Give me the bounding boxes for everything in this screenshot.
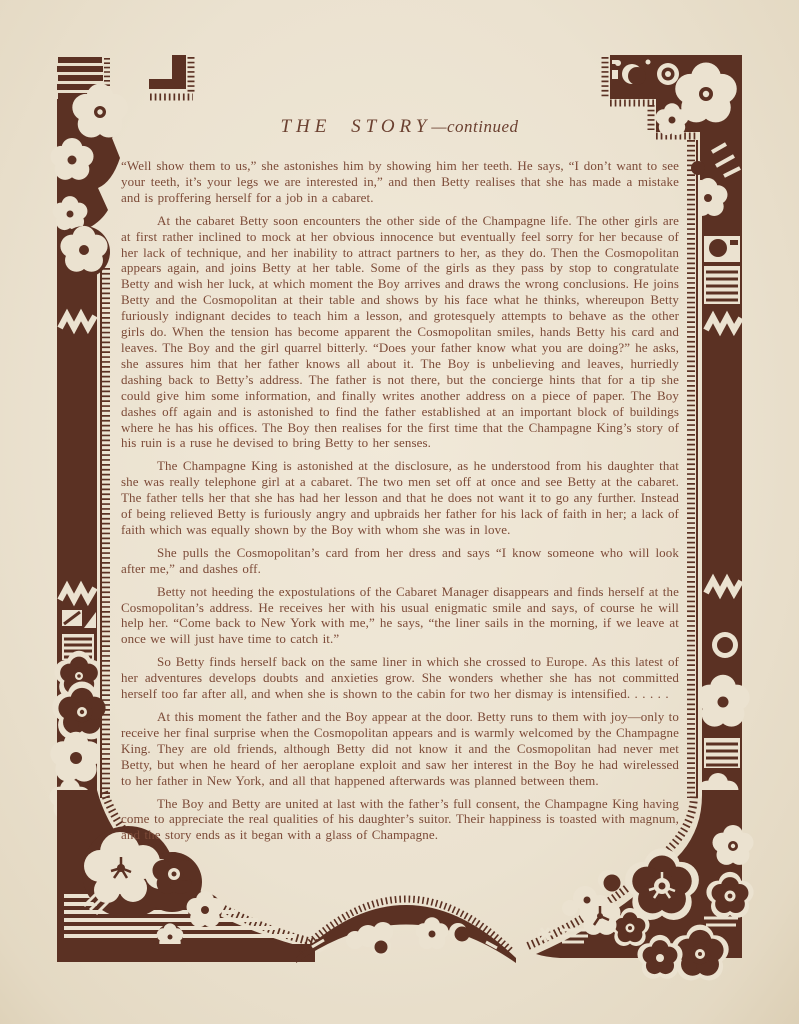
border-bottom-hump [296,899,516,963]
page-title-suffix: —continued [431,117,518,136]
story-paragraph: The Boy and Betty are united at last wit… [121,796,679,844]
program-page: THE STORY—continued “Well show them to u… [0,0,799,1024]
story-paragraph: “Well show them to us,” she astonishes h… [121,158,679,206]
story-paragraph: So Betty finds herself back on the same … [121,654,679,702]
page-title: THE STORY—continued [0,116,799,138]
story-paragraph: At this moment the father and the Boy ap… [121,709,679,789]
story-paragraph: The Champagne King is astonished at the … [121,458,679,538]
story-text: “Well show them to us,” she astonishes h… [121,158,679,850]
story-paragraph: Betty not heeding the expostulations of … [121,584,679,648]
border-right-band [689,140,750,813]
story-paragraph: At the cabaret Betty soon encounters the… [121,213,679,452]
story-paragraph: She pulls the Cosmopolitan’s card from h… [121,545,679,577]
border-left-band [50,226,112,819]
page-title-caps: THE STORY [280,116,431,137]
